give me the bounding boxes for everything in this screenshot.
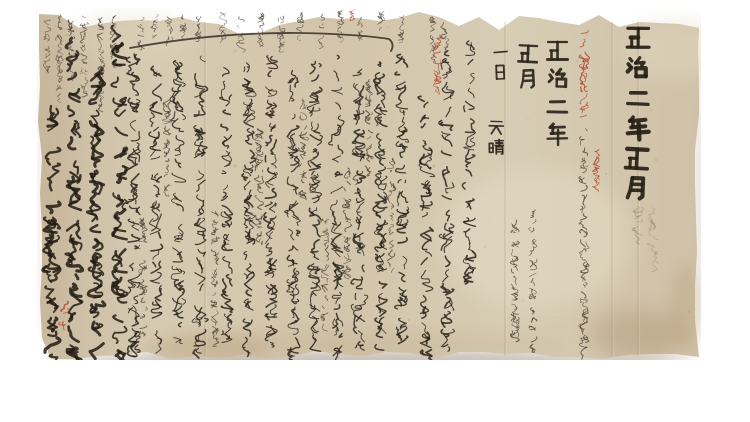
page-background: 正治二年正月 正治二年 正月 一日 天晴 [0, 0, 750, 422]
manuscript-photo [37, 8, 701, 360]
manuscript-scroll-svg [37, 8, 701, 360]
